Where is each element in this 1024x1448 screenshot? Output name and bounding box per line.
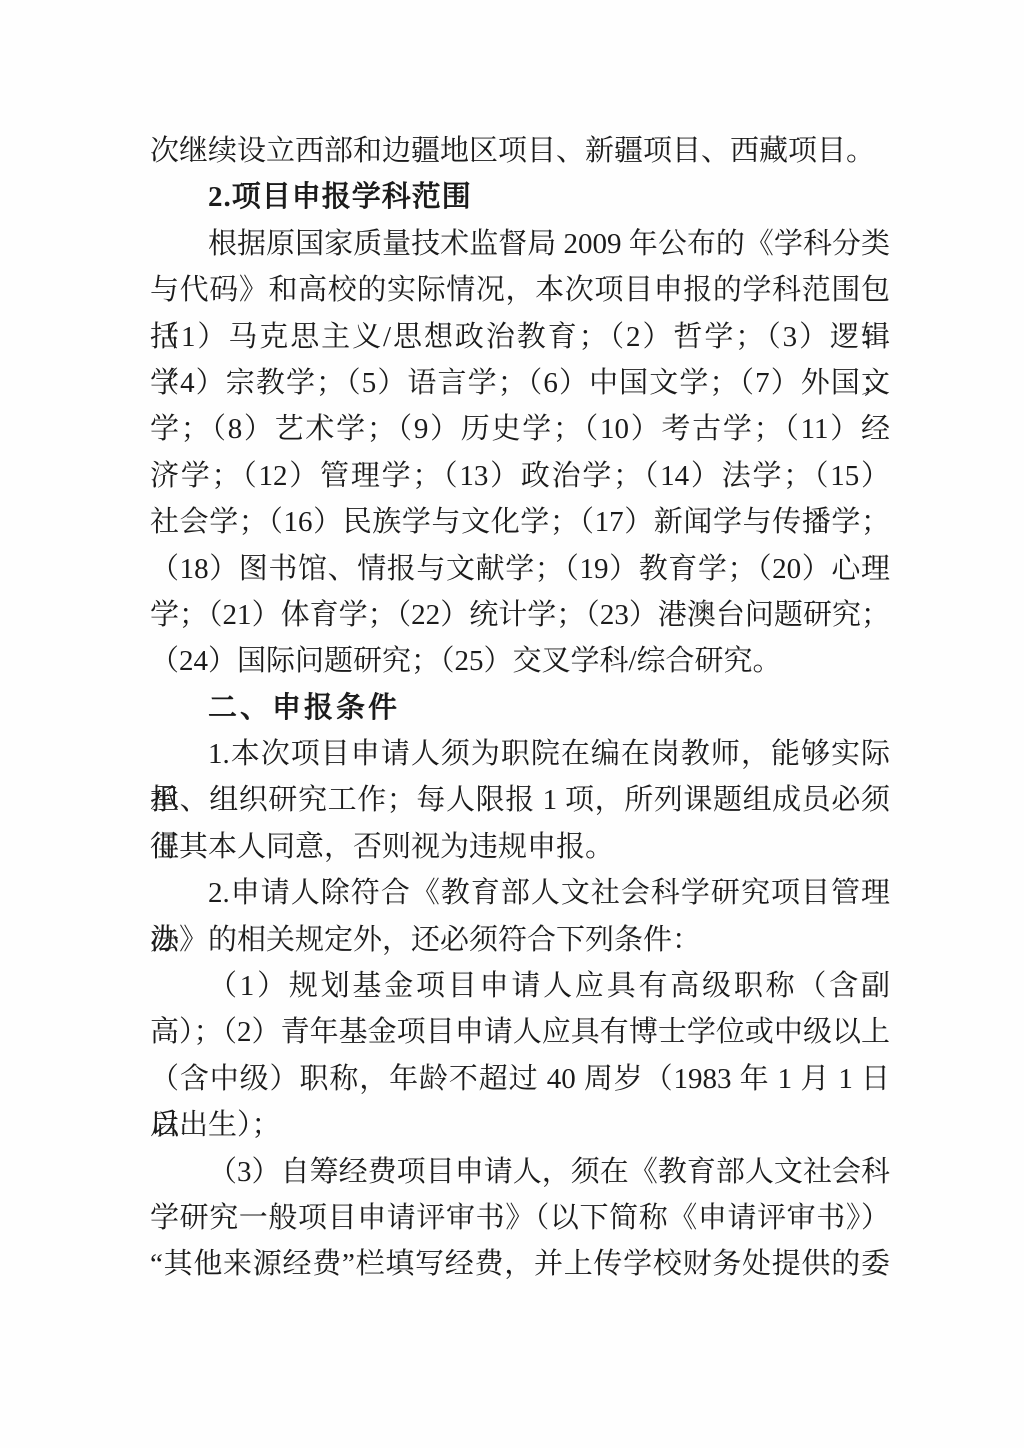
text-line: 担、组织研究工作；每人限报 1 项，所列课题组成员必须征 [150, 777, 890, 823]
text-line: 次继续设立西部和边疆地区项目、新疆项目、西藏项目。 [150, 128, 890, 174]
text-line: 学研究一般项目申请评审书》（以下简称《申请评审书》） [150, 1195, 890, 1241]
text-line: （24）国际问题研究；（25）交叉学科/综合研究。 [150, 638, 890, 684]
text-line: （1）规划基金项目申请人应具有高级职称（含副高）； [150, 963, 890, 1009]
document-lines: 次继续设立西部和边疆地区项目、新疆项目、西藏项目。2.项目申报学科范围根据原国家… [150, 128, 890, 1288]
text-line: （2）青年基金项目申请人应具有博士学位或中级以上 [150, 1009, 890, 1055]
text-line: 社会学；（16）民族学与文化学；（17）新闻学与传播学； [150, 499, 890, 545]
text-line: 法》的相关规定外，还必须符合下列条件： [150, 917, 890, 963]
text-line: （含中级）职称，年龄不超过 40 周岁（1983 年 1 月 1 日以 [150, 1056, 890, 1102]
text-line: 得其本人同意，否则视为违规申报。 [150, 824, 890, 870]
text-line: 后出生）； [150, 1102, 890, 1148]
text-line: 济学；（12）管理学；（13）政治学；（14）法学；（15） [150, 453, 890, 499]
text-line: （4）宗教学；（5）语言学；（6）中国文学；（7）外国文 [150, 360, 890, 406]
document-page: 次继续设立西部和边疆地区项目、新疆项目、西藏项目。2.项目申报学科范围根据原国家… [0, 0, 1024, 1448]
text-line: 学；（8）艺术学；（9）历史学；（10）考古学；（11）经 [150, 406, 890, 452]
text-line: 根据原国家质量技术监督局 2009 年公布的《学科分类 [150, 221, 890, 267]
text-line: 与代码》和高校的实际情况，本次项目申报的学科范围包括： [150, 267, 890, 313]
text-line: （1）马克思主义/思想政治教育；（2）哲学；（3）逻辑学； [150, 314, 890, 360]
heading-line: 2.项目申报学科范围 [150, 174, 890, 220]
text-line: 学；（21）体育学；（22）统计学；（23）港澳台问题研究； [150, 592, 890, 638]
text-line: 2.申请人除符合《教育部人文社会科学研究项目管理办 [150, 870, 890, 916]
text-line: （18）图书馆、情报与文献学；（19）教育学；（20）心理 [150, 546, 890, 592]
heading-line: 二、申报条件 [150, 685, 890, 731]
text-line: 1.本次项目申请人须为职院在编在岗教师，能够实际承 [150, 731, 890, 777]
text-line: （3）自筹经费项目申请人，须在《教育部人文社会科 [150, 1149, 890, 1195]
text-line: “其他来源经费”栏填写经费，并上传学校财务处提供的委 [150, 1241, 890, 1287]
